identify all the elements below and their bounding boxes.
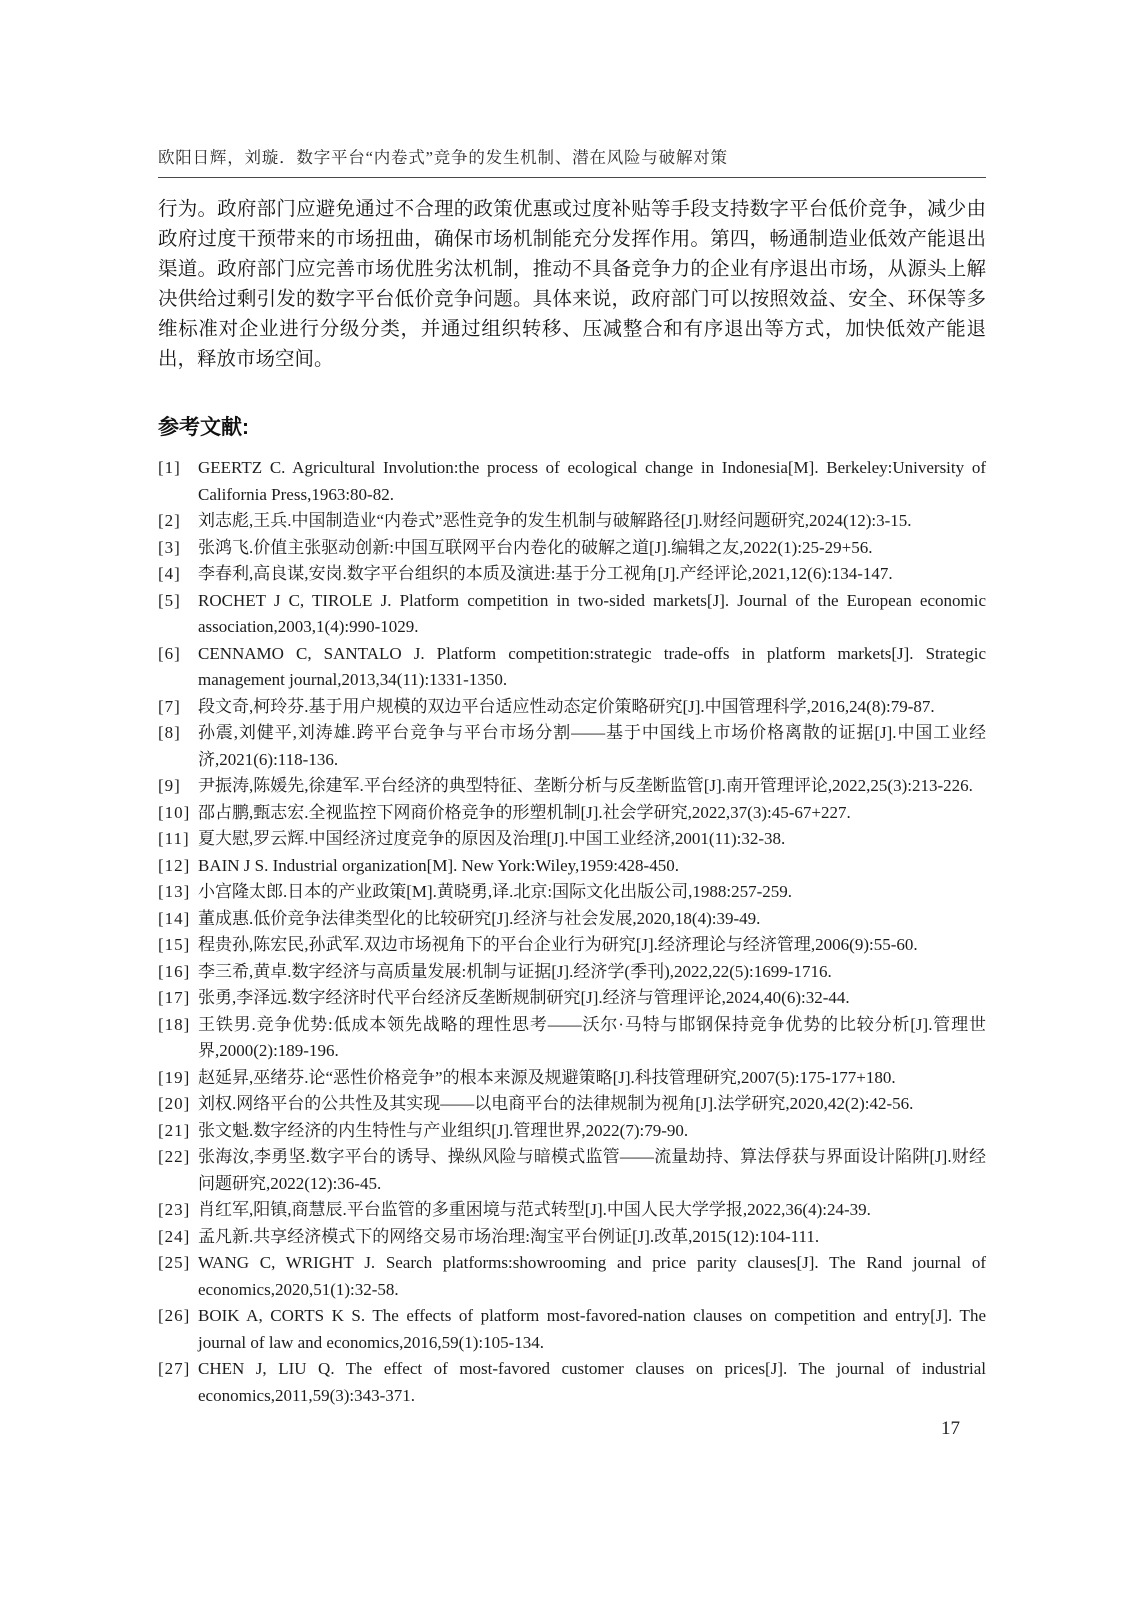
reference-item: [13]小宫隆太郎.日本的产业政策[M].黄晓勇,译.北京:国际文化出版公司,1… [158,879,986,906]
reference-text: 张文魁.数字经济的内生特性与产业组织[J].管理世界,2022(7):79-90… [198,1121,688,1140]
reference-number: [16] [158,959,190,986]
reference-item: [25]WANG C, WRIGHT J. Search platforms:s… [158,1250,986,1303]
reference-number: [4] [158,561,181,588]
journal-page: 欧阳日辉，刘璇．数字平台“内卷式”竞争的发生机制、潜在风险与破解对策 行为。政府… [0,0,1140,1600]
reference-text: ROCHET J C, TIROLE J. Platform competiti… [198,591,986,637]
reference-item: [8]孙震,刘健平,刘涛雄.跨平台竞争与平台市场分割——基于中国线上市场价格离散… [158,720,986,773]
reference-item: [19]赵延昇,巫绪芬.论“恶性价格竞争”的根本来源及规避策略[J].科技管理研… [158,1065,986,1092]
reference-number: [14] [158,906,190,933]
reference-text: 李春利,高良谋,安岗.数字平台组织的本质及演进:基于分工视角[J].产经评论,2… [198,564,893,583]
page-content: 欧阳日辉，刘璇．数字平台“内卷式”竞争的发生机制、潜在风险与破解对策 行为。政府… [158,146,986,1409]
reference-text: 张鸿飞.价值主张驱动创新:中国互联网平台内卷化的破解之道[J].编辑之友,202… [198,538,872,557]
reference-text: 程贵孙,陈宏民,孙武军.双边市场视角下的平台企业行为研究[J].经济理论与经济管… [198,935,918,954]
body-paragraph: 行为。政府部门应避免通过不合理的政策优惠或过度补贴等手段支持数字平台低价竞争，减… [158,195,986,375]
reference-item: [17]张勇,李泽远.数字经济时代平台经济反垄断规制研究[J].经济与管理评论,… [158,985,986,1012]
reference-text: 邵占鹏,甄志宏.全视监控下网商价格竞争的形塑机制[J].社会学研究,2022,3… [198,803,851,822]
reference-text: 夏大慰,罗云辉.中国经济过度竞争的原因及治理[J].中国工业经济,2001(11… [198,829,785,848]
reference-number: [19] [158,1065,190,1092]
page-header: 欧阳日辉，刘璇．数字平台“内卷式”竞争的发生机制、潜在风险与破解对策 [158,146,986,178]
reference-item: [18]王铁男.竞争优势:低成本领先战略的理性思考——沃尔·马特与邯钢保持竞争优… [158,1012,986,1065]
reference-item: [9]尹振涛,陈媛先,徐建军.平台经济的典型特征、垄断分析与反垄断监管[J].南… [158,773,986,800]
reference-number: [20] [158,1091,190,1118]
reference-number: [11] [158,826,190,853]
reference-number: [15] [158,932,190,959]
reference-item: [2]刘志彪,王兵.中国制造业“内卷式”恶性竞争的发生机制与破解路径[J].财经… [158,508,986,535]
running-head: 欧阳日辉，刘璇．数字平台“内卷式”竞争的发生机制、潜在风险与破解对策 [158,146,986,170]
page-number: 17 [941,1418,960,1440]
reference-text: 孟凡新.共享经济模式下的网络交易市场治理:淘宝平台例证[J].改革,2015(1… [198,1227,819,1246]
reference-number: [13] [158,879,190,906]
reference-item: [23]肖红军,阳镇,商慧辰.平台监管的多重困境与范式转型[J].中国人民大学学… [158,1197,986,1224]
reference-item: [26]BOIK A, CORTS K S. The effects of pl… [158,1303,986,1356]
reference-text: 段文奇,柯玲芬.基于用户规模的双边平台适应性动态定价策略研究[J].中国管理科学… [198,697,935,716]
reference-number: [24] [158,1224,190,1251]
reference-number: [21] [158,1118,190,1145]
reference-item: [21]张文魁.数字经济的内生特性与产业组织[J].管理世界,2022(7):7… [158,1118,986,1145]
reference-text: CHEN J, LIU Q. The effect of most-favore… [198,1359,986,1405]
reference-text: 刘权.网络平台的公共性及其实现——以电商平台的法律规制为视角[J].法学研究,2… [198,1094,913,1113]
reference-text: GEERTZ C. Agricultural Involution:the pr… [198,458,986,504]
reference-item: [20]刘权.网络平台的公共性及其实现——以电商平台的法律规制为视角[J].法学… [158,1091,986,1118]
references-list: [1]GEERTZ C. Agricultural Involution:the… [158,455,986,1409]
references-heading: 参考文献: [158,415,986,441]
reference-number: [3] [158,535,181,562]
reference-item: [1]GEERTZ C. Agricultural Involution:the… [158,455,986,508]
reference-number: [26] [158,1303,190,1330]
reference-text: BAIN J S. Industrial organization[M]. Ne… [198,856,679,875]
reference-item: [24]孟凡新.共享经济模式下的网络交易市场治理:淘宝平台例证[J].改革,20… [158,1224,986,1251]
reference-number: [18] [158,1012,190,1039]
reference-item: [7]段文奇,柯玲芬.基于用户规模的双边平台适应性动态定价策略研究[J].中国管… [158,694,986,721]
reference-text: 张海汝,李勇坚.数字平台的诱导、操纵风险与暗模式监管——流量劫持、算法俘获与界面… [198,1147,986,1193]
reference-number: [25] [158,1250,190,1277]
reference-number: [2] [158,508,181,535]
reference-item: [14]董成惠.低价竞争法律类型化的比较研究[J].经济与社会发展,2020,1… [158,906,986,933]
reference-item: [27]CHEN J, LIU Q. The effect of most-fa… [158,1356,986,1409]
reference-text: 小宫隆太郎.日本的产业政策[M].黄晓勇,译.北京:国际文化出版公司,1988:… [198,882,792,901]
reference-item: [15]程贵孙,陈宏民,孙武军.双边市场视角下的平台企业行为研究[J].经济理论… [158,932,986,959]
reference-text: 张勇,李泽远.数字经济时代平台经济反垄断规制研究[J].经济与管理评论,2024… [198,988,850,1007]
reference-number: [9] [158,773,181,800]
reference-text: 肖红军,阳镇,商慧辰.平台监管的多重困境与范式转型[J].中国人民大学学报,20… [198,1200,871,1219]
reference-item: [3]张鸿飞.价值主张驱动创新:中国互联网平台内卷化的破解之道[J].编辑之友,… [158,535,986,562]
reference-number: [1] [158,455,181,482]
reference-number: [6] [158,641,181,668]
header-rule [158,177,986,178]
reference-number: [10] [158,800,190,827]
reference-text: WANG C, WRIGHT J. Search platforms:showr… [198,1253,986,1299]
reference-text: 刘志彪,王兵.中国制造业“内卷式”恶性竞争的发生机制与破解路径[J].财经问题研… [198,511,911,530]
reference-text: 赵延昇,巫绪芬.论“恶性价格竞争”的根本来源及规避策略[J].科技管理研究,20… [198,1068,896,1087]
reference-number: [22] [158,1144,190,1171]
reference-number: [12] [158,853,190,880]
reference-number: [7] [158,694,181,721]
reference-text: 王铁男.竞争优势:低成本领先战略的理性思考——沃尔·马特与邯钢保持竞争优势的比较… [198,1015,986,1061]
reference-item: [6]CENNAMO C, SANTALO J. Platform compet… [158,641,986,694]
reference-number: [8] [158,720,181,747]
reference-text: CENNAMO C, SANTALO J. Platform competiti… [198,644,986,690]
reference-text: BOIK A, CORTS K S. The effects of platfo… [198,1306,986,1352]
reference-item: [22]张海汝,李勇坚.数字平台的诱导、操纵风险与暗模式监管——流量劫持、算法俘… [158,1144,986,1197]
reference-text: 李三希,黄卓.数字经济与高质量发展:机制与证据[J].经济学(季刊),2022,… [198,962,832,981]
reference-item: [10]邵占鹏,甄志宏.全视监控下网商价格竞争的形塑机制[J].社会学研究,20… [158,800,986,827]
reference-text: 孙震,刘健平,刘涛雄.跨平台竞争与平台市场分割——基于中国线上市场价格离散的证据… [198,723,986,769]
reference-item: [12]BAIN J S. Industrial organization[M]… [158,853,986,880]
reference-text: 董成惠.低价竞争法律类型化的比较研究[J].经济与社会发展,2020,18(4)… [198,909,760,928]
reference-number: [17] [158,985,190,1012]
reference-item: [4]李春利,高良谋,安岗.数字平台组织的本质及演进:基于分工视角[J].产经评… [158,561,986,588]
reference-text: 尹振涛,陈媛先,徐建军.平台经济的典型特征、垄断分析与反垄断监管[J].南开管理… [198,776,973,795]
reference-number: [27] [158,1356,190,1383]
reference-number: [5] [158,588,181,615]
reference-number: [23] [158,1197,190,1224]
reference-item: [16]李三希,黄卓.数字经济与高质量发展:机制与证据[J].经济学(季刊),2… [158,959,986,986]
reference-item: [5]ROCHET J C, TIROLE J. Platform compet… [158,588,986,641]
reference-item: [11]夏大慰,罗云辉.中国经济过度竞争的原因及治理[J].中国工业经济,200… [158,826,986,853]
